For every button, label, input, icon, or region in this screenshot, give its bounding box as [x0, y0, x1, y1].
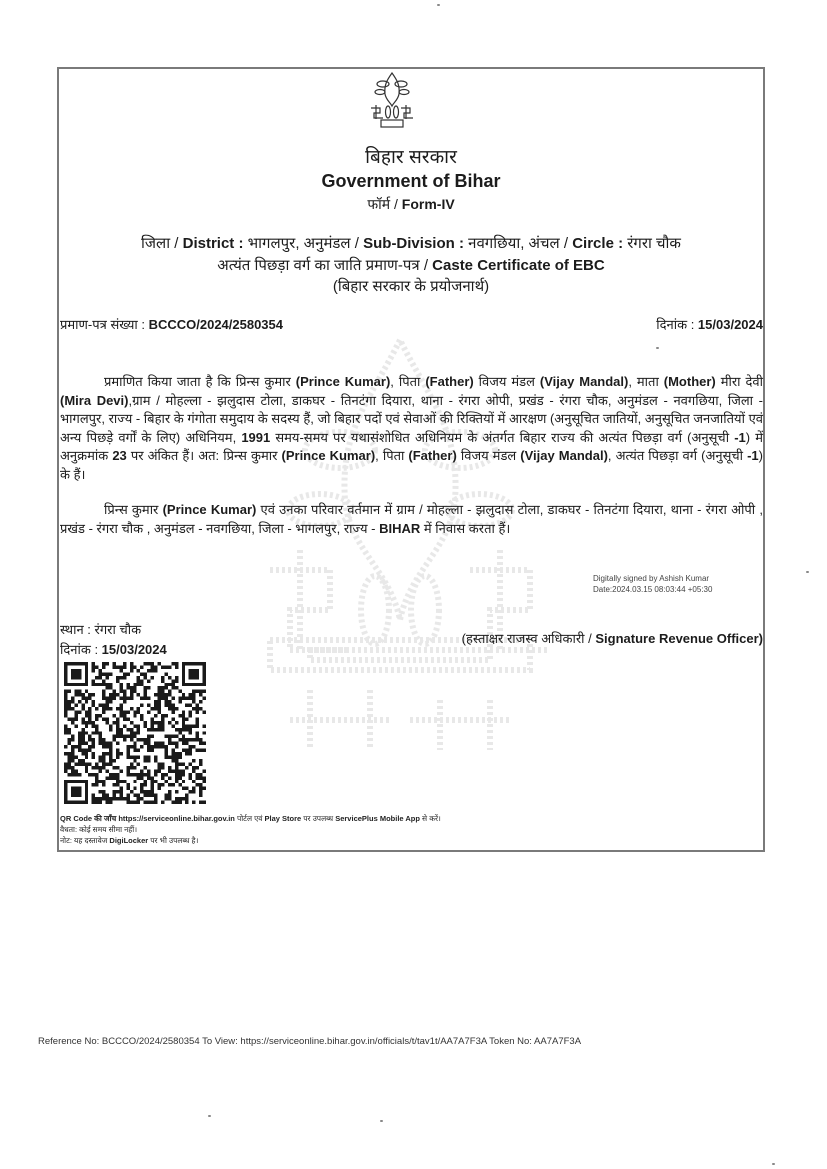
- digilocker-note-prefix: नोट: यह दस्तावेज: [60, 836, 109, 845]
- certificate-date: दिनांक : 15/03/2024: [656, 315, 763, 333]
- signature-hindi: (हस्ताक्षर राजस्व अधिकारी /: [462, 631, 596, 646]
- certificate-date-value: 15/03/2024: [698, 317, 763, 332]
- district-value: भागलपुर, अनुमंडल /: [243, 235, 363, 252]
- certificate-meta: प्रमाण-पत्र संख्या : BCCCO/2024/2580354 …: [60, 315, 763, 333]
- verification-url[interactable]: https://serviceonline.bihar.gov.in: [118, 814, 235, 823]
- place-date-block: स्थान : रंगरा चौक दिनांक : 15/03/2024: [60, 620, 167, 660]
- bihar-emblem-icon: [367, 70, 417, 130]
- digilocker-note: नोट: यह दस्तावेज DigiLocker पर भी उपलब्ध…: [60, 835, 441, 846]
- circle-value: रंगरा चौक: [623, 235, 681, 252]
- issue-date-label: दिनांक :: [60, 642, 102, 657]
- scan-speck: [772, 1163, 775, 1165]
- certificate-number: BCCCO/2024/2580354: [149, 317, 283, 332]
- scan-speck: [806, 571, 809, 573]
- subdivision-value: नवगछिया, अंचल /: [464, 235, 572, 252]
- qr-note-line-1: QR Code की जाँच https://serviceonline.bi…: [60, 813, 441, 824]
- form-label: फॉर्म / Form-IV: [57, 195, 765, 214]
- qr-code[interactable]: [64, 662, 206, 804]
- location-line: जिला / District : भागलपुर, अनुमंडल / Sub…: [57, 233, 765, 253]
- circle-label: Circle :: [572, 235, 623, 252]
- scan-speck: [437, 4, 440, 6]
- form-label-english: Form-IV: [402, 196, 455, 212]
- residence-paragraph: प्रिन्स कुमार (Prince Kumar) एवं उनका पर…: [60, 501, 763, 538]
- scan-speck: [656, 347, 659, 349]
- certificate-purpose: (बिहार सरकार के प्रयोजनार्थ): [57, 276, 765, 296]
- district-hindi: जिला /: [141, 235, 183, 252]
- signature-officer: (हस्ताक्षर राजस्व अधिकारी / Signature Re…: [462, 629, 763, 647]
- app-name: ServicePlus Mobile App: [335, 814, 420, 823]
- qr-note-prefix: QR Code की जाँच: [60, 814, 118, 823]
- scan-speck: [380, 1120, 383, 1122]
- place-label: स्थान :: [60, 622, 95, 637]
- certificate-date-label: दिनांक :: [656, 317, 698, 332]
- digital-signature-date: Date:2024.03.15 08:03:44 +05:30: [593, 584, 712, 595]
- subdivision-label: Sub-Division :: [363, 235, 464, 252]
- certificate-title-english: Caste Certificate of EBC: [432, 257, 605, 274]
- qr-note-mid: पोर्टल एवं: [235, 814, 265, 823]
- qr-verification-notes: QR Code की जाँच https://serviceonline.bi…: [60, 813, 441, 846]
- reference-footer: Reference No: BCCCO/2024/2580354 To View…: [38, 1036, 581, 1047]
- digital-signature-signer: Digitally signed by Ashish Kumar: [593, 573, 712, 584]
- play-store-label: Play Store: [265, 814, 302, 823]
- digilocker-label: DigiLocker: [109, 836, 148, 845]
- certificate-title-hindi: अत्यंत पिछड़ा वर्ग का जाति प्रमाण-पत्र /: [217, 257, 432, 274]
- certificate-title: अत्यंत पिछड़ा वर्ग का जाति प्रमाण-पत्र /…: [57, 255, 765, 275]
- government-title-hindi: बिहार सरकार: [57, 143, 765, 169]
- qr-note-suffix: से करें।: [420, 814, 441, 823]
- scan-speck: [208, 1115, 211, 1117]
- place-value: रंगरा चौक: [95, 622, 142, 637]
- certificate-number-label: प्रमाण-पत्र संख्या :: [60, 317, 149, 332]
- validity-note: वैधता: कोई समय सीमा नहीं।: [60, 824, 441, 835]
- certification-paragraph: प्रमाणित किया जाता है कि प्रिन्स कुमार (…: [60, 373, 763, 484]
- issue-date-value: 15/03/2024: [102, 642, 167, 657]
- form-label-hindi: फॉर्म /: [367, 196, 401, 212]
- digilocker-note-suffix: पर भी उपलब्ध है।: [148, 836, 198, 845]
- government-title-english: Government of Bihar: [57, 171, 765, 192]
- digital-signature-stamp: Digitally signed by Ashish Kumar Date:20…: [593, 573, 712, 595]
- signature-english: Signature Revenue Officer): [595, 631, 763, 646]
- qr-note-mid2: पर उपलब्ध: [301, 814, 335, 823]
- district-label: District :: [183, 235, 244, 252]
